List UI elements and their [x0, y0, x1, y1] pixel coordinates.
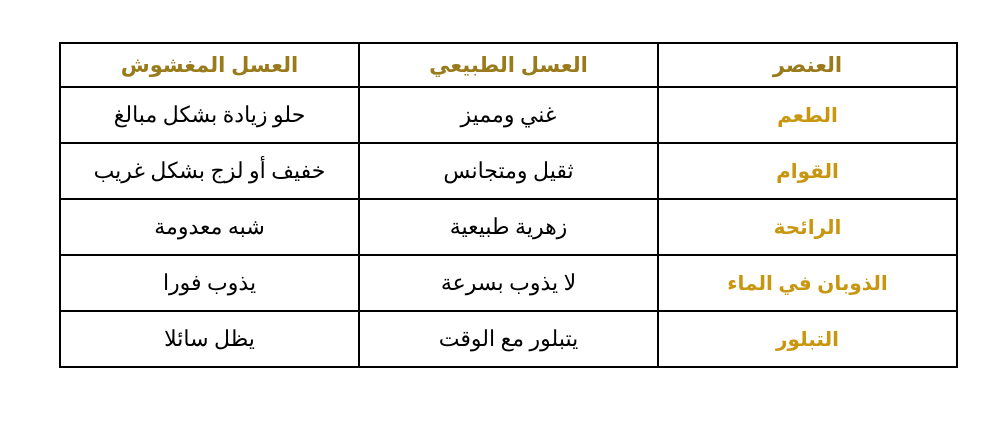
cell-taste-fake: حلو زيادة بشكل مبالغ: [60, 87, 359, 143]
cell-water-solubility-fake: يذوب فورا: [60, 255, 359, 311]
cell-consistency-fake: خفيف أو لزج بشكل غريب: [60, 143, 359, 199]
table-row-consistency: القوام ثقيل ومتجانس خفيف أو لزج بشكل غري…: [60, 143, 957, 199]
header-cell-natural-honey: العسل الطبيعي: [359, 43, 658, 87]
cell-smell-fake: شبه معدومة: [60, 199, 359, 255]
table-header-row: العنصر العسل الطبيعي العسل المغشوش: [60, 43, 957, 87]
cell-crystallization-fake: يظل سائلا: [60, 311, 359, 367]
cell-consistency-natural: ثقيل ومتجانس: [359, 143, 658, 199]
cell-crystallization-natural: يتبلور مع الوقت: [359, 311, 658, 367]
row-label-taste: الطعم: [658, 87, 957, 143]
cell-smell-natural: زهرية طبيعية: [359, 199, 658, 255]
cell-taste-natural: غني ومميز: [359, 87, 658, 143]
table-row-taste: الطعم غني ومميز حلو زيادة بشكل مبالغ: [60, 87, 957, 143]
table-row-crystallization: التبلور يتبلور مع الوقت يظل سائلا: [60, 311, 957, 367]
table-row-smell: الرائحة زهرية طبيعية شبه معدومة: [60, 199, 957, 255]
document-page: العنصر العسل الطبيعي العسل المغشوش الطعم…: [0, 0, 1008, 437]
row-label-crystallization: التبلور: [658, 311, 957, 367]
cell-water-solubility-natural: لا يذوب بسرعة: [359, 255, 658, 311]
row-label-smell: الرائحة: [658, 199, 957, 255]
table-row-water-solubility: الذوبان في الماء لا يذوب بسرعة يذوب فورا: [60, 255, 957, 311]
row-label-consistency: القوام: [658, 143, 957, 199]
header-cell-fake-honey: العسل المغشوش: [60, 43, 359, 87]
honey-comparison-table: العنصر العسل الطبيعي العسل المغشوش الطعم…: [59, 42, 958, 368]
row-label-water-solubility: الذوبان في الماء: [658, 255, 957, 311]
header-cell-element: العنصر: [658, 43, 957, 87]
